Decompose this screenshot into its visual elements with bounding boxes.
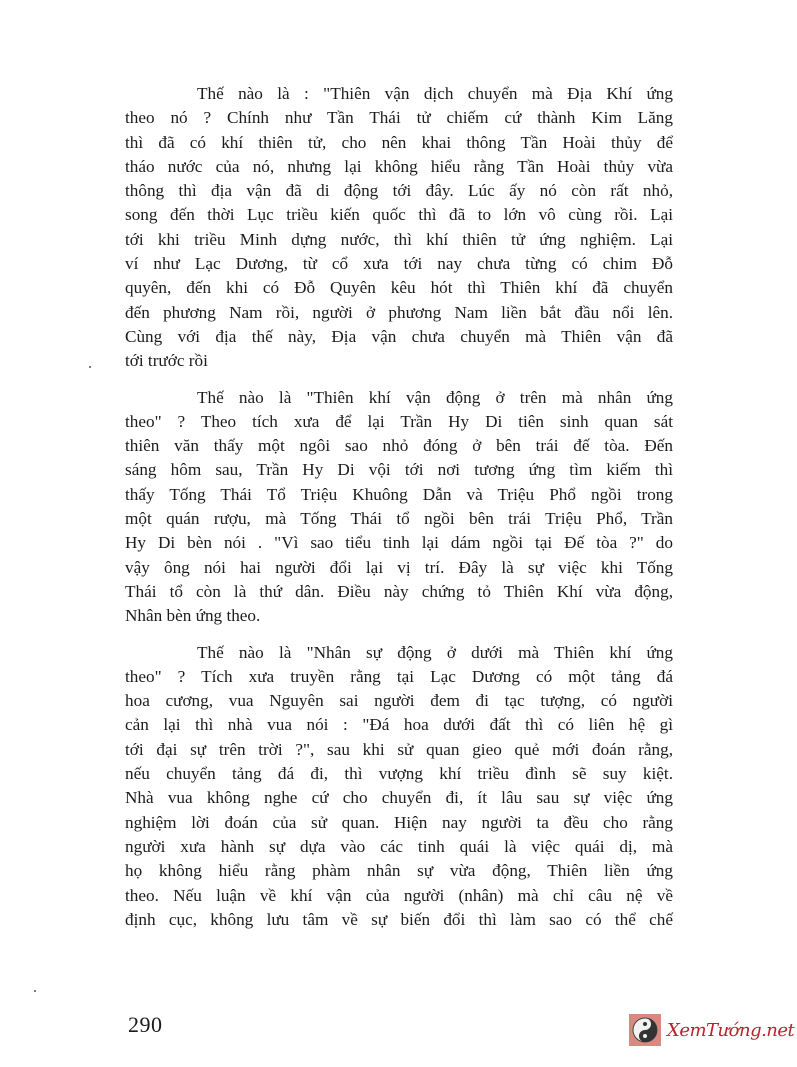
- yin-yang-icon: [629, 1014, 661, 1046]
- watermark: XemTướng.net: [629, 1012, 794, 1048]
- text-line: song đến thời Lục triều kiến quốc thì đã…: [125, 203, 673, 227]
- text-line: định cục, không lưu tâm về sự biến đổi t…: [125, 908, 673, 932]
- text-line: một quán rượu, mà Tống Thái tổ ngồi bên …: [125, 507, 673, 531]
- text-line: Hy Di bèn nói . "Vì sao tiểu tinh lại dá…: [125, 531, 673, 555]
- text-line: nghiệm lời đoán của sử quan. Hiện nay ng…: [125, 811, 673, 835]
- text-line: họ không hiểu rằng phàm nhân sự vừa động…: [125, 859, 673, 883]
- text-line: Nhà vua không nghe cứ cho chuyển đi, ít …: [125, 786, 673, 810]
- text-line: tới khi triều Minh dựng nước, thì khí th…: [125, 228, 673, 252]
- text-line: Thế nào là "Nhân sự động ở dưới mà Thiên…: [125, 641, 673, 665]
- text-line: tháo nước của nó, nhưng lại không hiểu r…: [125, 155, 673, 179]
- text-line: theo" ? Tích xưa truyền rằng tại Lạc Dươ…: [125, 665, 673, 689]
- text-line: Nhân bèn ứng theo.: [125, 604, 673, 628]
- text-line: Thế nào là "Thiên khí vận động ở trên mà…: [125, 386, 673, 410]
- text-line: cản lại thì nhà vua nói : "Đá hoa dưới đ…: [125, 713, 673, 737]
- text-line: theo. Nếu luận về khí vận của người (nhâ…: [125, 884, 673, 908]
- text-line: người xưa hành sự dựa vào các tinh quái …: [125, 835, 673, 859]
- text-line: Cùng với địa thế này, Địa vận chưa chuyể…: [125, 325, 673, 349]
- text-line: nếu chuyển tảng đá đi, thì vượng khí tri…: [125, 762, 673, 786]
- text-line: thông thì địa vận đã di động tới đây. Lú…: [125, 179, 673, 203]
- page-number: 290: [128, 1012, 163, 1038]
- text-line: theo" ? Theo tích xưa để lại Trần Hy Di …: [125, 410, 673, 434]
- text-line: thấy Tống Thái Tổ Triệu Khuông Dẫn và Tr…: [125, 483, 673, 507]
- text-line: sáng hôm sau, Trần Hy Di vội tới nơi tươ…: [125, 458, 673, 482]
- scan-speck: [34, 990, 36, 992]
- paragraph-2: Thế nào là "Thiên khí vận động ở trên mà…: [125, 386, 673, 629]
- paragraph-3: Thế nào là "Nhân sự động ở dưới mà Thiên…: [125, 641, 673, 933]
- text-line: Thái tổ còn là thứ dân. Điều này chứng t…: [125, 580, 673, 604]
- paragraph-1: Thế nào là : "Thiên vận dịch chuyển mà Đ…: [125, 82, 673, 374]
- text-line: hoa cương, vua Nguyên sai người đem đi t…: [125, 689, 673, 713]
- text-line: ví như Lạc Dương, từ cổ xưa tới nay chưa…: [125, 252, 673, 276]
- watermark-text: XemTướng.net: [667, 1020, 794, 1041]
- text-line: đến phương Nam rồi, người ở phương Nam l…: [125, 301, 673, 325]
- text-line: tới đại sự trên trời ?", sau khi sử quan…: [125, 738, 673, 762]
- scan-speck: [89, 366, 91, 368]
- document-page: Thế nào là : "Thiên vận dịch chuyển mà Đ…: [0, 0, 797, 1067]
- text-line: quyên, đến khi có Đỗ Quyên kêu hót thì T…: [125, 276, 673, 300]
- text-line: theo nó ? Chính như Tần Thái tử chiếm cứ…: [125, 106, 673, 130]
- text-line: thiên văn thấy một ngôi sao nhỏ đóng ở b…: [125, 434, 673, 458]
- text-line: tới trước rồi: [125, 349, 673, 373]
- text-line: Thế nào là : "Thiên vận dịch chuyển mà Đ…: [125, 82, 673, 106]
- text-line: thì đã có khí thiên tử, cho nên khai thô…: [125, 131, 673, 155]
- body-text: Thế nào là : "Thiên vận dịch chuyển mà Đ…: [125, 82, 673, 944]
- text-line: vậy ông nói hai người đổi lại vị trí. Đâ…: [125, 556, 673, 580]
